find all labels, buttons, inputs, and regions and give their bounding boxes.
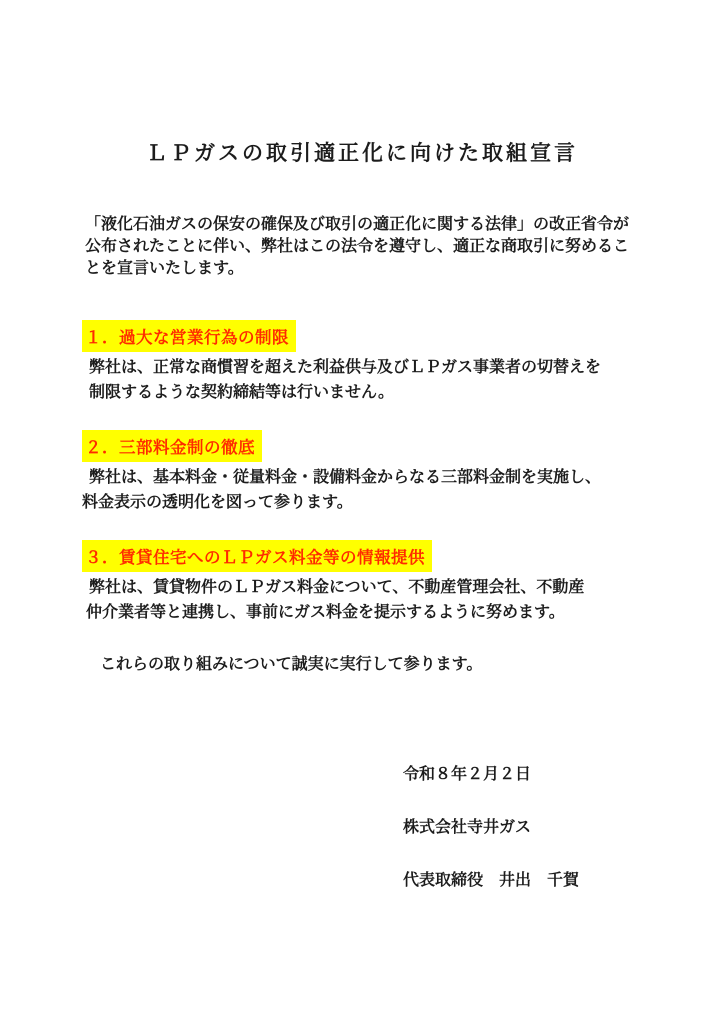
closing-statement: これらの取り組みについて誠実に実行して参ります。 [100, 651, 482, 674]
text-line: 料金表示の透明化を図って参ります。 [82, 490, 672, 515]
section-2-heading: ２．三部料金制の徹底 [82, 430, 262, 462]
section-1-heading: １．過大な営業行為の制限 [82, 320, 296, 352]
text-line: 仲介業者等と連携し、事前にガス料金を提示するように努めます。 [82, 600, 672, 625]
text-line: 弊社は、賃貸物件のＬＰガス料金について、不動産管理会社、不動産 [82, 575, 672, 600]
document-title: ＬＰガスの取引適正化に向けた取組宣言 [0, 137, 724, 167]
signature-date: 令和８年２月２日 [403, 761, 579, 784]
text-line: 弊社は、基本料金・従量料金・設備料金からなる三部料金制を実施し、 [82, 465, 672, 490]
section-2-body: 弊社は、基本料金・従量料金・設備料金からなる三部料金制を実施し、 料金表示の透明… [82, 465, 672, 515]
intro-line: 公布されたことに伴い、弊社はこの法令を遵守し、適正な商取引に努めるこ [85, 236, 670, 258]
intro-paragraph: 「液化石油ガスの保安の確保及び取引の適正化に関する法律」の改正省令が 公布された… [85, 214, 670, 280]
section-3-heading: ３．賃貸住宅へのＬＰガス料金等の情報提供 [82, 540, 432, 572]
text-line: 制限するような契約締結等は行いません。 [82, 380, 672, 405]
document-page: ＬＰガスの取引適正化に向けた取組宣言 「液化石油ガスの保安の確保及び取引の適正化… [0, 0, 724, 1024]
signature-representative: 代表取締役 井出 千賀 [403, 867, 579, 890]
signature-block: 令和８年２月２日 株式会社寺井ガス 代表取締役 井出 千賀 [403, 761, 579, 890]
section-3-body: 弊社は、賃貸物件のＬＰガス料金について、不動産管理会社、不動産 仲介業者等と連携… [82, 575, 672, 625]
section-1-body: 弊社は、正常な商慣習を超えた利益供与及びＬＰガス事業者の切替えを 制限するような… [82, 355, 672, 405]
intro-line: 「液化石油ガスの保安の確保及び取引の適正化に関する法律」の改正省令が [85, 214, 670, 236]
section-rental-housing-info: ３．賃貸住宅へのＬＰガス料金等の情報提供 弊社は、賃貸物件のＬＰガス料金について… [82, 540, 672, 625]
intro-line: とを宣言いたします。 [85, 258, 670, 280]
section-three-part-pricing: ２．三部料金制の徹底 弊社は、基本料金・従量料金・設備料金からなる三部料金制を実… [82, 430, 672, 515]
text-line: 弊社は、正常な商慣習を超えた利益供与及びＬＰガス事業者の切替えを [82, 355, 672, 380]
section-excessive-sales-restriction: １．過大な営業行為の制限 弊社は、正常な商慣習を超えた利益供与及びＬＰガス事業者… [82, 320, 672, 405]
signature-company: 株式会社寺井ガス [403, 814, 579, 837]
